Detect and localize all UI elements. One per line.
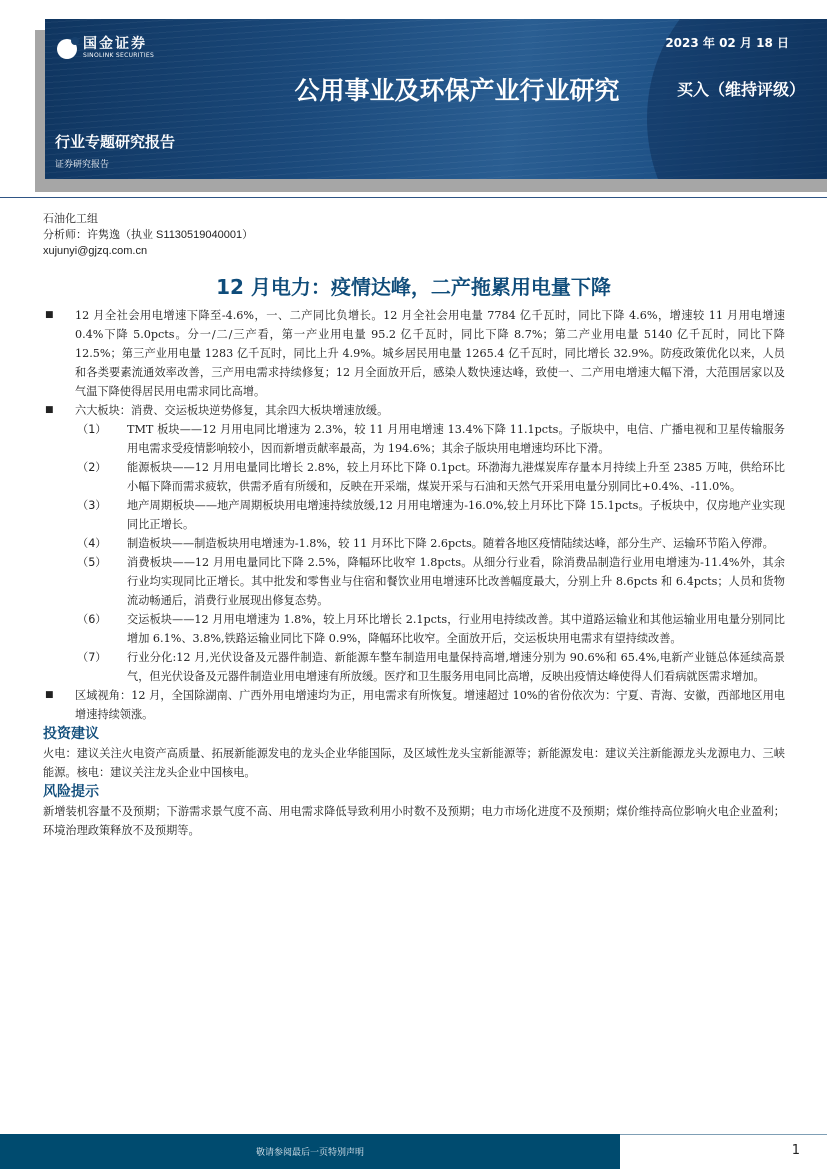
report-type: 行业专题研究报告 xyxy=(55,131,175,152)
analyst-name: 分析师：许隽逸（执业 S1130519040001） xyxy=(43,227,253,243)
bullet-text: 六大板块：消费、交运板块逆势修复，其余四大板块增速放缓。 xyxy=(75,401,785,420)
sector-text: TMT 板块——12 月用电同比增速为 2.3%，较 11 月用电增速 13.4… xyxy=(127,420,785,458)
bullet-item-regional: ■ 区域视角：12 月，全国除湖南、广西外用电增速均为正，用电需求有所恢复。增速… xyxy=(43,686,785,724)
bullet-text: 区域视角：12 月，全国除湖南、广西外用电增速均为正，用电需求有所恢复。增速超过… xyxy=(75,686,785,724)
rating-badge: 买入（维持评级） xyxy=(677,77,805,100)
sector-text: 地产周期板块——地产周期板块用电增速持续放缓,12 月用电增速为-16.0%,较… xyxy=(127,496,785,534)
sector-item: （7） 行业分化:12 月,光伏设备及元器件制造、新能源车整车制造用电量保持高增… xyxy=(77,648,785,686)
author-block: 石油化工组 分析师：许隽逸（执业 S1130519040001） xujunyi… xyxy=(43,211,253,259)
report-subtype: 证券研究报告 xyxy=(55,157,109,170)
square-bullet-icon: ■ xyxy=(43,686,75,724)
risk-heading: 风险提示 xyxy=(43,782,785,802)
square-bullet-icon: ■ xyxy=(43,401,75,420)
sector-item: （1） TMT 板块——12 月用电同比增速为 2.3%，较 11 月用电增速 … xyxy=(77,420,785,458)
document-title: 12 月电力：疫情达峰，二产拖累用电量下降 xyxy=(0,271,827,300)
analyst-email[interactable]: xujunyi@gjzq.com.cn xyxy=(43,243,253,259)
sector-text: 能源板块——12 月用电量同比增长 2.8%，较上月环比下降 0.1pct。环渤… xyxy=(127,458,785,496)
investment-text: 火电：建议关注火电资产高质量、拓展新能源发电的龙头企业华能国际，及区域性龙头宝新… xyxy=(43,744,785,782)
sector-number: （7） xyxy=(77,648,127,686)
sector-number: （6） xyxy=(77,610,127,648)
analyst-group: 石油化工组 xyxy=(43,211,253,227)
sector-text: 消费板块——12 月用电量同比下降 2.5%，降幅环比收窄 1.8pcts。从细… xyxy=(127,553,785,610)
header-banner: 国金证券 SINOLINK SECURITIES 行业专题研究报告 证券研究报告… xyxy=(45,19,827,179)
company-logo: 国金证券 SINOLINK SECURITIES xyxy=(57,37,154,60)
sector-item: （6） 交运板块——12 月用电增速为 1.8%，较上月环比增长 2.1pcts… xyxy=(77,610,785,648)
report-date: 2023 年 02 月 18 日 xyxy=(665,34,789,51)
sector-item: （3） 地产周期板块——地产周期板块用电增速持续放缓,12 月用电增速为-16.… xyxy=(77,496,785,534)
sector-item: （4） 制造板块——制造板块用电增速为-1.8%，较 11 月环比下降 2.6p… xyxy=(77,534,785,553)
sector-number: （2） xyxy=(77,458,127,496)
sector-item: （2） 能源板块——12 月用电量同比增长 2.8%，较上月环比下降 0.1pc… xyxy=(77,458,785,496)
page-number: 1 xyxy=(792,1143,800,1158)
bullet-text: 12 月全社会用电增速下降至-4.6%，一、二产同比负增长。12 月全社会用电量… xyxy=(75,306,785,401)
investment-heading: 投资建议 xyxy=(43,724,785,744)
sector-text: 交运板块——12 月用电增速为 1.8%，较上月环比增长 2.1pcts，行业用… xyxy=(127,610,785,648)
square-bullet-icon: ■ xyxy=(43,306,75,401)
sector-text: 行业分化:12 月,光伏设备及元器件制造、新能源车整车制造用电量保持高增,增速分… xyxy=(127,648,785,686)
logo-en: SINOLINK SECURITIES xyxy=(83,52,154,60)
sector-number: （1） xyxy=(77,420,127,458)
footer-disclaimer: 敬请参阅最后一页特别声明 xyxy=(0,1145,620,1158)
bullet-item: ■ 六大板块：消费、交运板块逆势修复，其余四大板块增速放缓。 xyxy=(43,401,785,420)
logo-mark-icon xyxy=(57,39,77,59)
sector-number: （3） xyxy=(77,496,127,534)
risk-text: 新增装机容量不及预期；下游需求景气度不高、用电需求降低导致利用小时数不及预期；电… xyxy=(43,802,785,840)
sector-number: （4） xyxy=(77,534,127,553)
sector-text: 制造板块——制造板块用电增速为-1.8%，较 11 月环比下降 2.6pcts。… xyxy=(127,534,785,553)
logo-cn: 国金证券 xyxy=(83,37,154,52)
sector-number: （5） xyxy=(77,553,127,610)
header-divider xyxy=(0,197,827,198)
report-title: 公用事业及环保产业行业研究 xyxy=(267,59,647,123)
report-body: ■ 12 月全社会用电增速下降至-4.6%，一、二产同比负增长。12 月全社会用… xyxy=(43,306,785,840)
bullet-item: ■ 12 月全社会用电增速下降至-4.6%，一、二产同比负增长。12 月全社会用… xyxy=(43,306,785,401)
sector-item: （5） 消费板块——12 月用电量同比下降 2.5%，降幅环比收窄 1.8pct… xyxy=(77,553,785,610)
